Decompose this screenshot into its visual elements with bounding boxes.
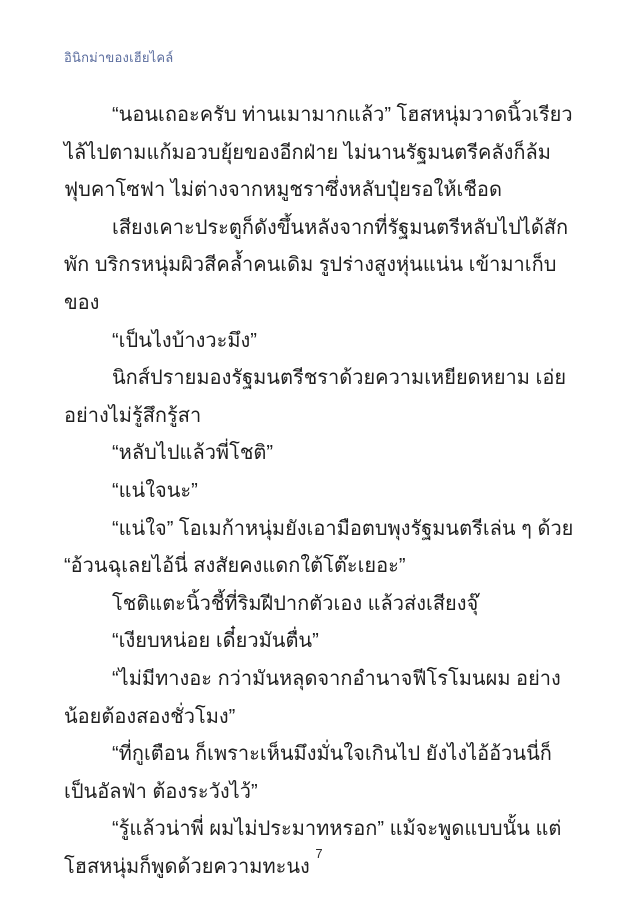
paragraph: นิกส์ปรายมองรัฐมนตรีชราด้วยความเหยียดหยา… <box>64 360 577 435</box>
paragraph: “เป็นไงบ้างวะมึง” <box>64 323 577 361</box>
page-number: 7 <box>0 845 638 863</box>
paragraph: “แน่ใจ” โอเมก้าหนุ่มยังเอามือตบพุงรัฐมนต… <box>64 511 577 586</box>
paragraph: “ที่กูเตือน ก็เพราะเห็นมึงมั่นใจเกินไป ย… <box>64 736 577 811</box>
paragraph: “เงียบหน่อย เดี๋ยวมันตื่น” <box>64 623 577 661</box>
paragraph: “ไม่มีทางอะ กว่ามันหลุดจากอำนาจฟีโรโมนผม… <box>64 661 577 736</box>
ebook-page: อินิกม่าของเฮียไคล์ “นอนเถอะครับ ท่านเมา… <box>0 0 638 901</box>
paragraph: “แน่ใจนะ” <box>64 473 577 511</box>
paragraph: “หลับไปแล้วพี่โชติ” <box>64 435 577 473</box>
paragraph: เสียงเคาะประตูก็ดังขึ้นหลังจากที่รัฐมนตร… <box>64 210 577 323</box>
page-text-content: “นอนเถอะครับ ท่านเมามากแล้ว” โฮสหนุ่มวาด… <box>64 97 577 886</box>
paragraph: “นอนเถอะครับ ท่านเมามากแล้ว” โฮสหนุ่มวาด… <box>64 97 577 210</box>
paragraph: โชติแตะนิ้วชี้ที่ริมฝีปากตัวเอง แล้วส่งเ… <box>64 586 577 624</box>
running-header-book-title: อินิกม่าของเฮียไคล์ <box>64 49 173 67</box>
